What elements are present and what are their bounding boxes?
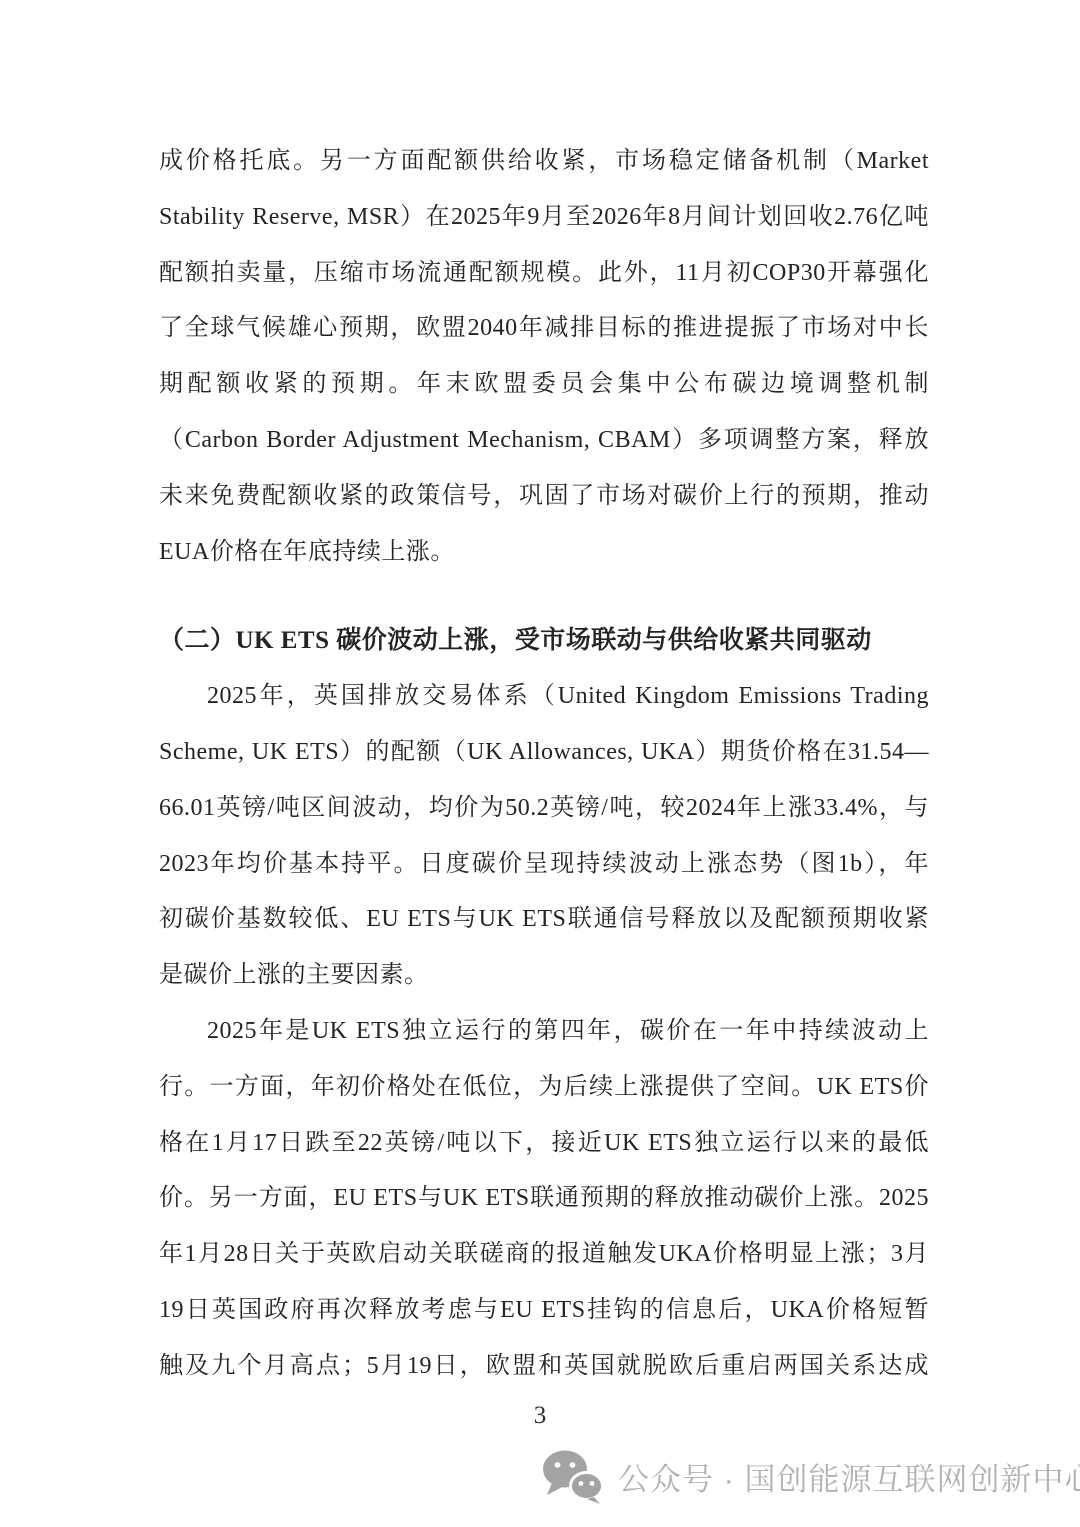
text-line: 66.01英镑/吨区间波动，均价为50.2英镑/吨，较2024年上涨33.4%，… (159, 781, 929, 837)
paragraph-continuation: 成价格托底。另一方面配额供给收紧，市场稳定储备机制（Market Stabili… (159, 134, 929, 580)
text-line: Stability Reserve, MSR）在2025年9月至2026年8月间… (159, 190, 929, 246)
wechat-icon (540, 1448, 604, 1504)
paragraph-uk-ets-overview: 2025年，英国排放交易体系（United Kingdom Emissions … (159, 669, 929, 1004)
wechat-watermark: 公众号 · 国创能源互联网创新中心 (540, 1448, 1080, 1504)
text-line: 成价格托底。另一方面配额供给收紧，市场稳定储备机制（Market (159, 134, 929, 190)
text-line: 2025年，英国排放交易体系（United Kingdom Emissions … (159, 669, 929, 725)
text-line: 是碳价上涨的主要因素。 (159, 948, 929, 1004)
document-body: 成价格托底。另一方面配额供给收紧，市场稳定储备机制（Market Stabili… (159, 134, 929, 1395)
text-line: Scheme, UK ETS）的配额（UK Allowances, UKA）期货… (159, 725, 929, 781)
text-line: 未来免费配额收紧的政策信号，巩固了市场对碳价上行的预期，推动 (159, 469, 929, 525)
text-line: 配额拍卖量，压缩市场流通配额规模。此外，11月初COP30开幕强化 (159, 246, 929, 302)
text-line: 年1月28日关于英欧启动关联磋商的报道触发UKA价格明显上涨；3月 (159, 1227, 929, 1283)
text-line: 19日英国政府再次释放考虑与EU ETS挂钩的信息后，UKA价格短暂 (159, 1283, 929, 1339)
paragraph-uk-ets-drivers: 2025年是UK ETS独立运行的第四年，碳价在一年中持续波动上 行。一方面，年… (159, 1004, 929, 1395)
text-line: 期配额收紧的预期。年末欧盟委员会集中公布碳边境调整机制 (159, 357, 929, 413)
text-line: 初碳价基数较低、EU ETS与UK ETS联通信号释放以及配额预期收紧 (159, 892, 929, 948)
text-line: 价。另一方面，EU ETS与UK ETS联通预期的释放推动碳价上涨。2025 (159, 1171, 929, 1227)
text-line: 触及九个月高点；5月19日，欧盟和英国就脱欧后重启两国关系达成 (159, 1339, 929, 1395)
text-line: 2023年均价基本持平。日度碳价呈现持续波动上涨态势（图1b），年 (159, 837, 929, 893)
page-number: 3 (0, 1402, 1080, 1430)
text-line: EUA价格在年底持续上涨。 (159, 525, 929, 581)
text-line: 了全球气候雄心预期，欧盟2040年减排目标的推进提振了市场对中长 (159, 301, 929, 357)
text-line: 2025年是UK ETS独立运行的第四年，碳价在一年中持续波动上 (159, 1004, 929, 1060)
wechat-account-label: 公众号 · 国创能源互联网创新中心 (618, 1454, 1080, 1499)
section-heading: （二）UK ETS 碳价波动上涨，受市场联动与供给收紧共同驱动 (159, 613, 929, 669)
text-line: 行。一方面，年初价格处在低位，为后续上涨提供了空间。UK ETS价 (159, 1060, 929, 1116)
text-line: 格在1月17日跌至22英镑/吨以下，接近UK ETS独立运行以来的最低 (159, 1116, 929, 1172)
text-line: （Carbon Border Adjustment Mechanism, CBA… (159, 413, 929, 469)
